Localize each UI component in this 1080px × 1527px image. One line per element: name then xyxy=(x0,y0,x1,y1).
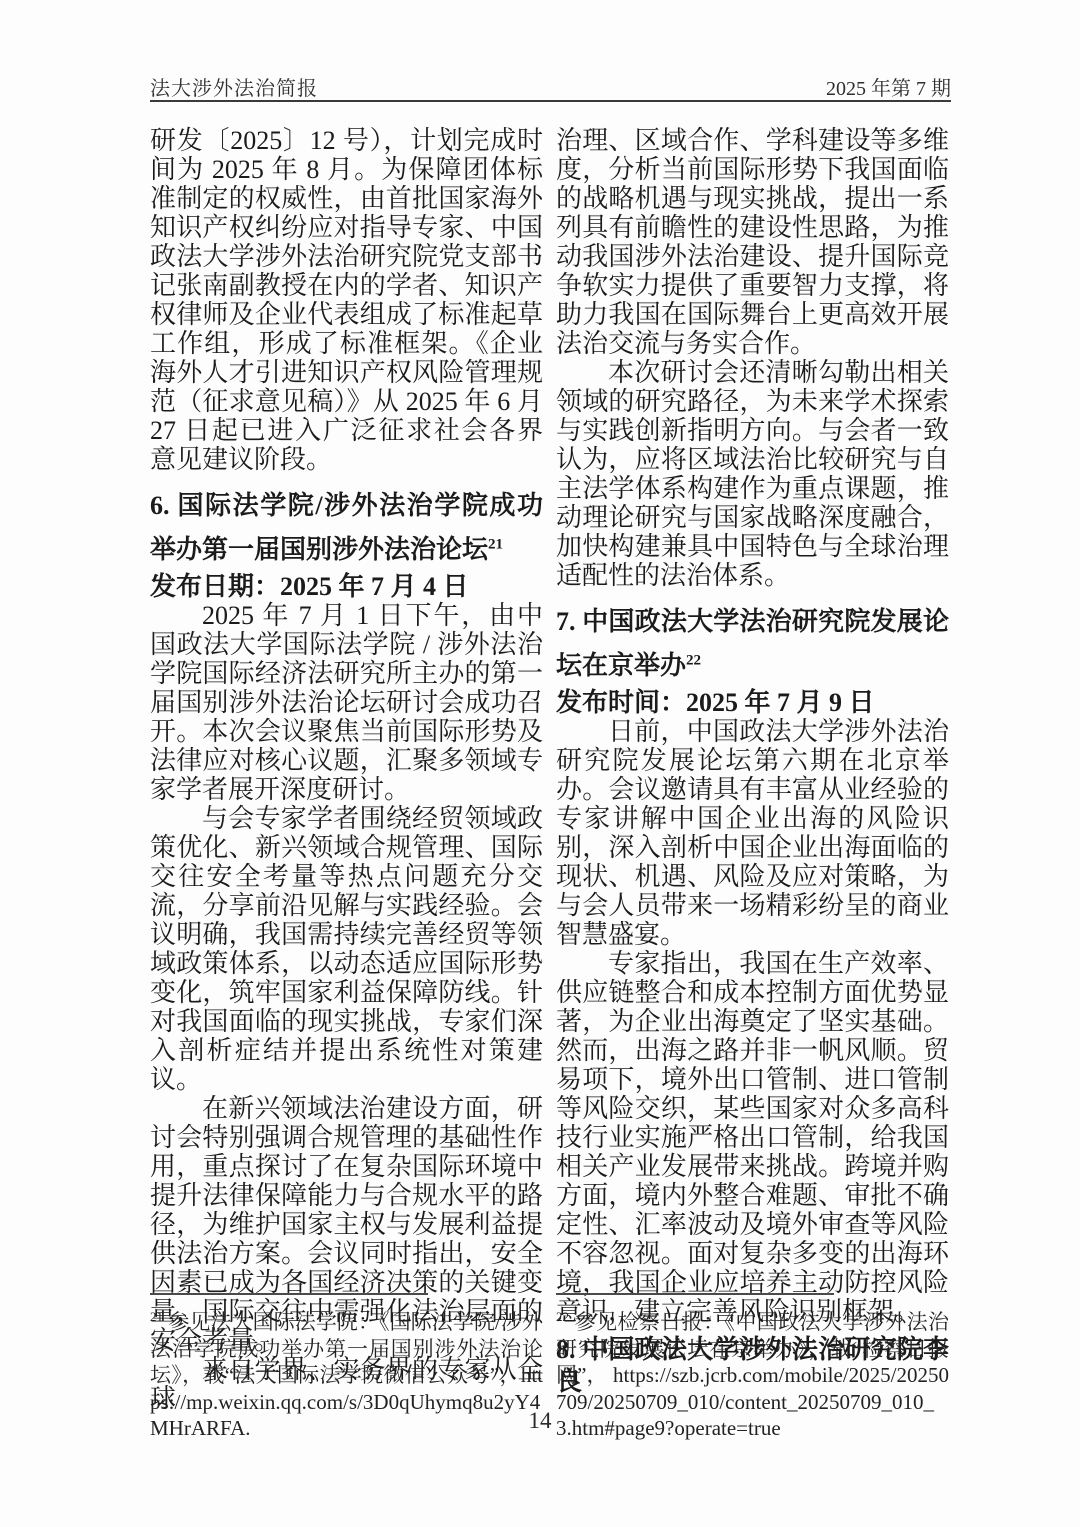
footnote-21-number: 21 xyxy=(150,1309,163,1324)
right-column-paragraph-2: 本次研讨会还清晰勾勒出相关领域的研究路径，为未来学术探索与实践创新指明方向。与会… xyxy=(556,358,949,590)
document-page: 法大涉外法治简报 2025 年第 7 期 研发〔2025〕12 号），计划完成时… xyxy=(0,0,1080,1527)
footnote-22-number: 22 xyxy=(556,1309,569,1324)
section-6-date-line: 发布日期：2025 年 7 月 4 日 xyxy=(150,572,543,601)
footnote-separator-left xyxy=(150,1293,428,1295)
header-rule xyxy=(150,100,951,102)
footnote-separator-right xyxy=(556,1293,834,1295)
section-7-paragraph-1: 日前，中国政法大学涉外法治研究院发展论坛第六期在北京举办。会议邀请具有丰富从业经… xyxy=(556,717,949,949)
section-7-date-line: 发布时间：2025 年 7 月 9 日 xyxy=(556,688,949,717)
left-column: 研发〔2025〕12 号），计划完成时间为 2025 年 8 月。为保障团体标准… xyxy=(150,126,543,1413)
section-6-heading: 6. 国际法学院/涉外法治学院成功举办第一届国别涉外法治论坛21 xyxy=(150,484,543,572)
footnote-ref-21-marker: 21 xyxy=(488,536,503,552)
section-6-paragraph-2: 与会专家学者围绕经贸领域政策优化、新兴领域合规管理、国际交往安全考量等热点问题充… xyxy=(150,804,543,1094)
section-6-heading-text: 6. 国际法学院/涉外法治学院成功举办第一届国别涉外法治论坛 xyxy=(150,491,543,564)
header-issue-number: 2025 年第 7 期 xyxy=(150,72,951,101)
page-number: 14 xyxy=(0,1408,1080,1434)
section-7-paragraph-2: 专家指出，我国在生产效率、供应链整合和成本控制方面优势显著，为企业出海奠定了坚实… xyxy=(556,949,949,1326)
paragraph-continuation-right: 治理、区域合作、学科建设等多维度，分析当前国际形势下我国面临的战略机遇与现实挑战… xyxy=(556,126,949,358)
footnote-ref-22-marker: 22 xyxy=(686,652,701,668)
section-6-paragraph-1: 2025 年 7 月 1 日下午，由中国政法大学国际法学院 / 涉外法治学院国际… xyxy=(150,601,543,804)
right-column: 治理、区域合作、学科建设等多维度，分析当前国际形势下我国面临的战略机遇与现实挑战… xyxy=(556,126,949,1398)
section-7-heading: 7. 中国政法大学法治研究院发展论坛在京举办22 xyxy=(556,600,949,688)
section-7-heading-text: 7. 中国政法大学法治研究院发展论坛在京举办 xyxy=(556,607,949,680)
paragraph-continuation-left: 研发〔2025〕12 号），计划完成时间为 2025 年 8 月。为保障团体标准… xyxy=(150,126,543,474)
